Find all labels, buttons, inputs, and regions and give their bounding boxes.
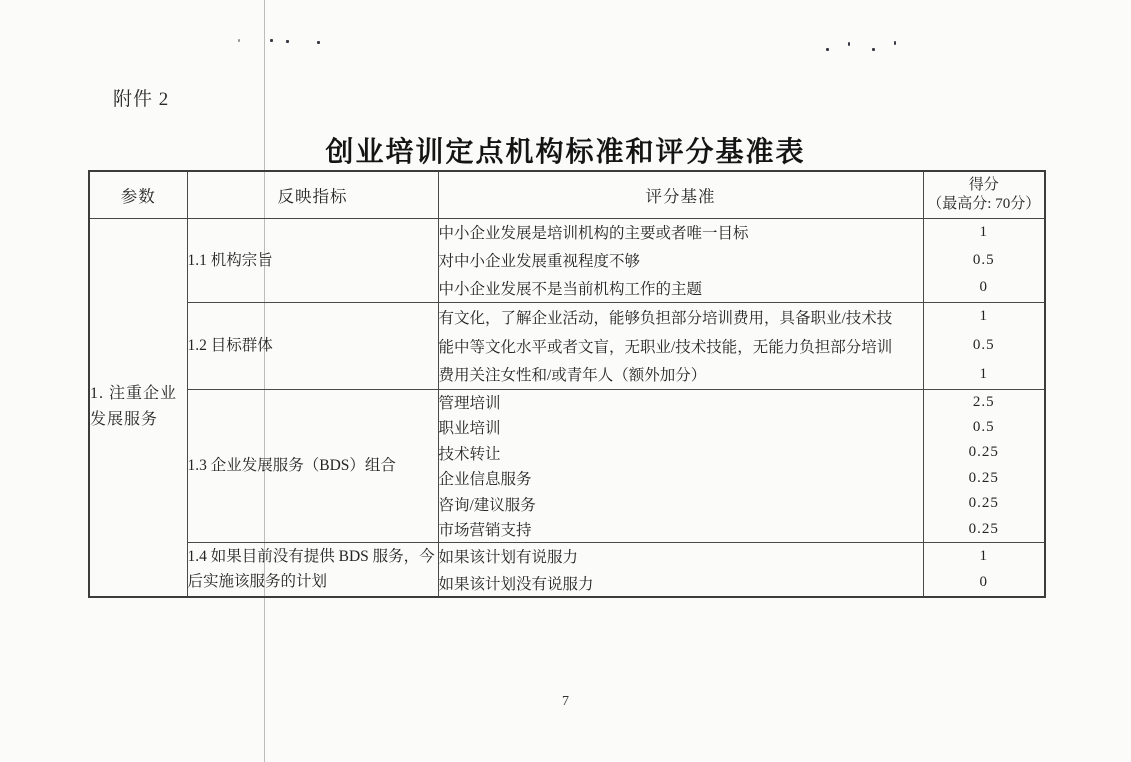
criterion-text: 职业培训 [438,415,923,441]
criterion-text: 市场营销支持 [438,517,923,543]
indicator-1-1: 1.1 机构宗旨 [187,218,438,302]
criterion-text: 费用关注女性和/或青年人（额外加分） [438,360,923,389]
indicator-1-3: 1.3 企业发展服务（BDS）组合 [187,389,438,542]
criterion-score: 0.25 [923,466,1045,492]
scan-speckle [826,48,829,51]
scan-speckle [872,48,875,51]
col-header-param: 参数 [89,171,187,218]
criterion-text: 管理培训 [438,389,923,415]
table-row: 1.2 目标群体 有文化，了解企业活动，能够负担部分培训费用，具备职业/技术技 … [89,302,1045,331]
indicator-1-2: 1.2 目标群体 [187,302,438,389]
table-header-row: 参数 反映指标 评分基准 得分 （最高分: 70分） [89,171,1045,218]
col-header-benchmark: 评分基准 [438,171,923,218]
scan-speckle [238,39,240,42]
criterion-text: 有文化，了解企业活动，能够负担部分培训费用，具备职业/技术技 [438,302,923,331]
criterion-score: 2.5 [923,389,1045,415]
scan-speckle [317,41,320,44]
page-number: 7 [0,694,1131,710]
param-group-label: 1. 注重企业发展服务 [89,218,187,597]
criterion-score: 0.5 [923,415,1045,441]
scan-speckle [848,42,850,46]
criterion-text: 中小企业发展是培训机构的主要或者唯一目标 [438,218,923,246]
score-header-line1: 得分 [924,176,1045,195]
score-header-line2: （最高分: 70分） [924,195,1045,214]
table-row: 1. 注重企业发展服务 1.1 机构宗旨 中小企业发展是培训机构的主要或者唯一目… [89,218,1045,246]
indicator-1-4: 1.4 如果目前没有提供 BDS 服务，今后实施该服务的计划 [187,542,438,597]
criterion-text: 技术转让 [438,440,923,466]
criterion-score: 1 [923,542,1045,570]
criterion-score: 0.25 [923,440,1045,466]
document-page: 附件 2 创业培训定点机构标准和评分基准表 参数 反映指标 评分基准 得分 （最… [0,0,1131,762]
table-row: 1.4 如果目前没有提供 BDS 服务，今后实施该服务的计划 如果该计划有说服力… [89,542,1045,570]
criterion-text: 如果该计划没有说服力 [438,570,923,598]
table-row: 1.3 企业发展服务（BDS）组合 管理培训 2.5 [89,389,1045,415]
criterion-score: 1 [923,302,1045,331]
col-header-indicator: 反映指标 [187,171,438,218]
criterion-score: 0.25 [923,491,1045,517]
criterion-text: 咨询/建议服务 [438,491,923,517]
criterion-score: 0 [923,274,1045,302]
criterion-text: 中小企业发展不是当前机构工作的主题 [438,274,923,302]
document-title: 创业培训定点机构标准和评分基准表 [0,130,1131,170]
col-header-score: 得分 （最高分: 70分） [923,171,1045,218]
criterion-score: 0.5 [923,331,1045,360]
criterion-text: 如果该计划有说服力 [438,542,923,570]
attachment-label: 附件 2 [113,84,169,111]
criterion-text: 对中小企业发展重视程度不够 [438,246,923,274]
criterion-score: 0.5 [923,246,1045,274]
criterion-text: 企业信息服务 [438,466,923,492]
scoring-table: 参数 反映指标 评分基准 得分 （最高分: 70分） 1. 注重企业发展服务 1… [88,170,1046,598]
scan-speckle [894,41,896,45]
criterion-text: 能中等文化水平或者文盲，无职业/技术技能，无能力负担部分培训 [438,331,923,360]
criterion-score: 1 [923,218,1045,246]
criterion-score: 0 [923,570,1045,598]
scan-speckle [286,40,289,43]
criterion-score: 0.25 [923,517,1045,543]
criterion-score: 1 [923,360,1045,389]
scan-speckle [270,39,273,42]
